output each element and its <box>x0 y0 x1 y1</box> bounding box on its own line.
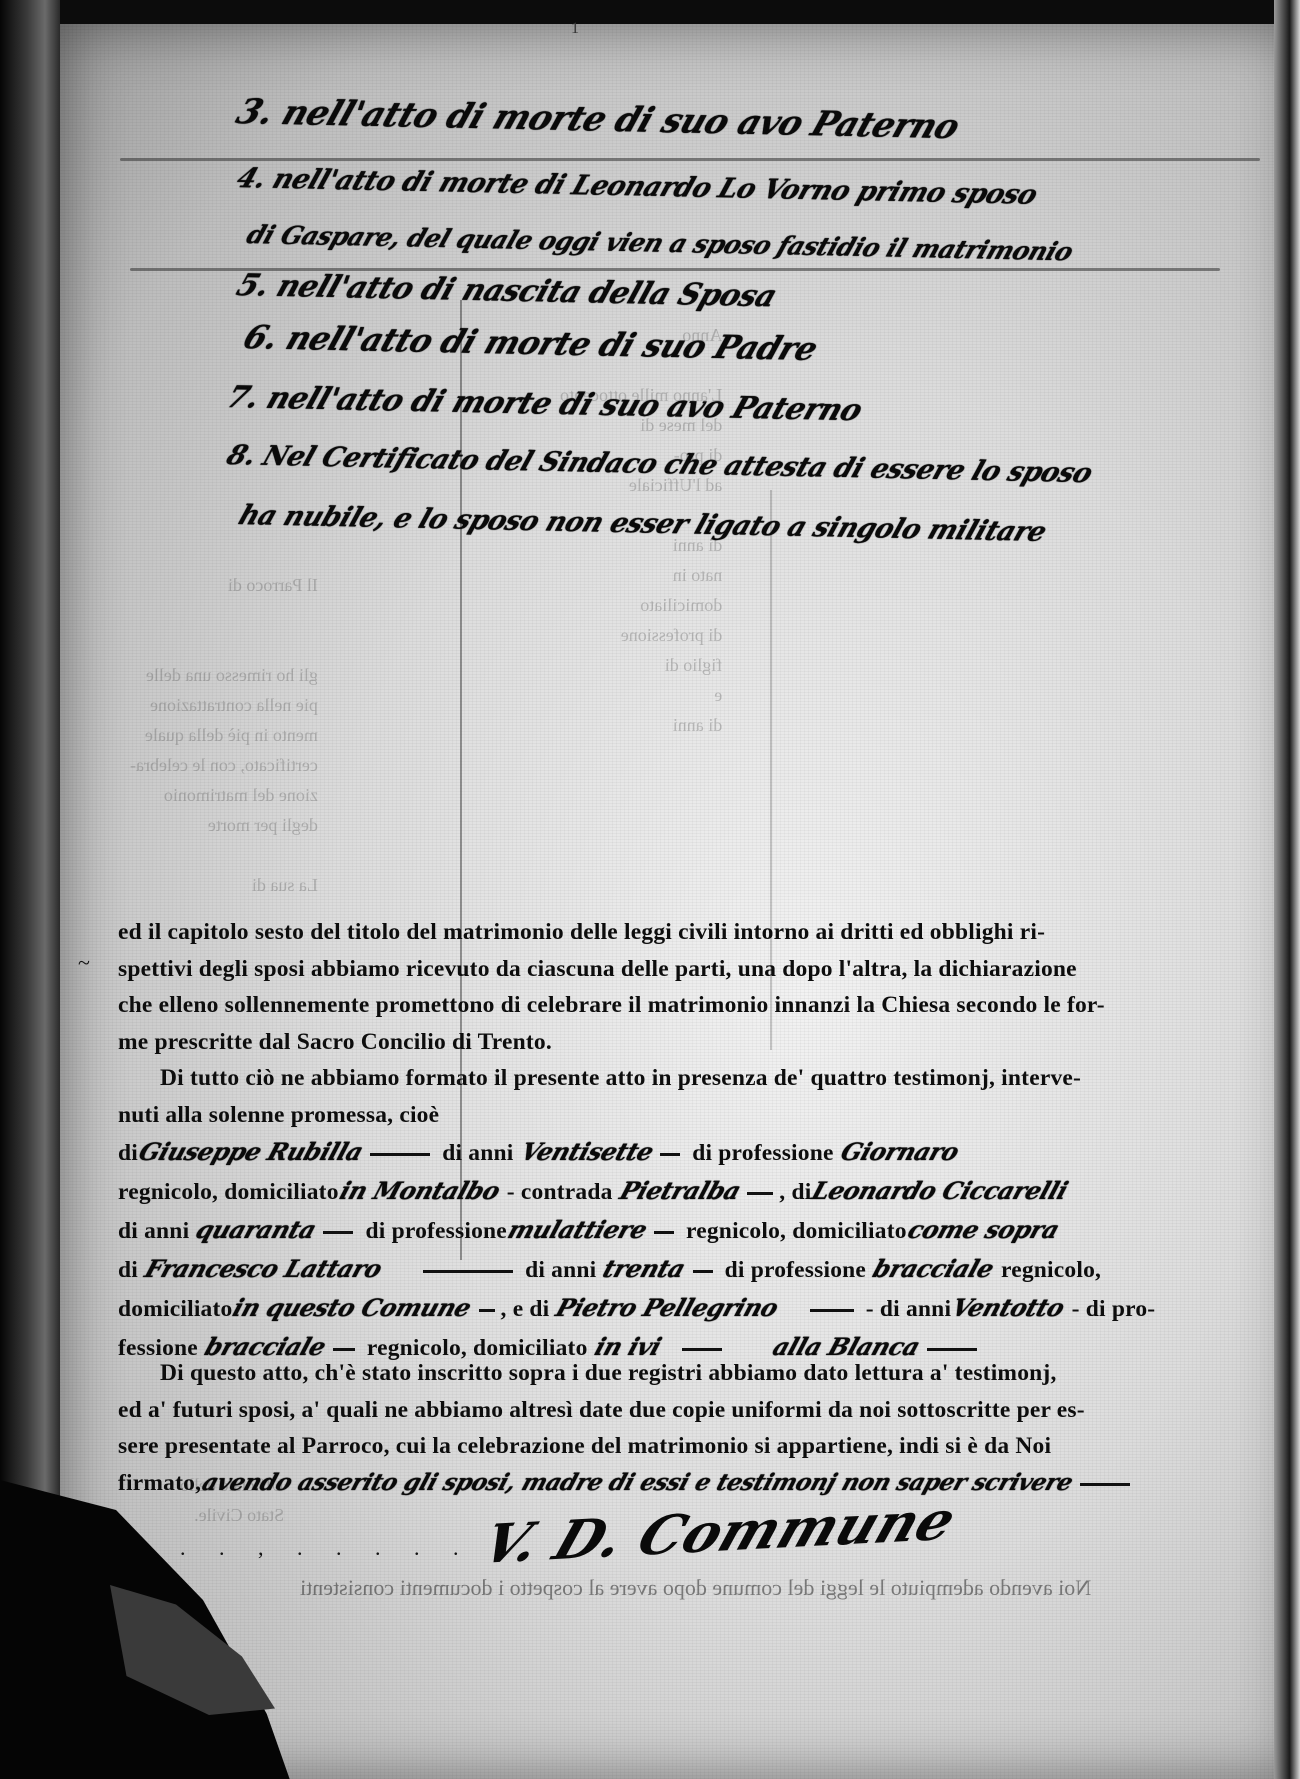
bleed-text: e <box>714 685 722 705</box>
printed-line: sere presentate al Parroco, cui la celeb… <box>118 1428 1268 1465</box>
fill-dash <box>423 1270 513 1273</box>
printed-paragraph-closing: Di questo atto, ch'è stato inscritto sop… <box>118 1355 1268 1501</box>
label-citizen-domicile: regnicolo, domiciliato <box>118 1179 339 1205</box>
printed-line: che elleno sollennemente promettono di c… <box>118 987 1268 1024</box>
bleed-text: nato in <box>673 565 723 585</box>
label-age: di anni <box>880 1296 951 1322</box>
label-profession: di professione <box>366 1218 507 1244</box>
fill-dash <box>479 1309 495 1312</box>
label-di: di <box>118 1257 138 1283</box>
ruled-line <box>120 158 1260 161</box>
bleed-text: degli per morte <box>208 815 318 835</box>
label-age: di anni <box>118 1218 189 1244</box>
label-domicile: domiciliato <box>118 1296 232 1322</box>
bleed-text: certificato, con le celebra- <box>130 755 318 775</box>
signature-dots: . . , . . . . . <box>180 1535 473 1561</box>
label-age: di anni <box>525 1257 596 1283</box>
witness-block: diGiuseppe Rubilla di anni Ventisette di… <box>118 1133 1268 1367</box>
fill-dash <box>333 1348 355 1351</box>
witness-1-name: Giuseppe Rubilla <box>134 1133 368 1170</box>
witness-line-1: diGiuseppe Rubilla di anni Ventisette di… <box>118 1133 1268 1172</box>
witness-3-profession: bracciale <box>868 1250 999 1287</box>
bleed-text: Il Parroco di <box>228 575 318 595</box>
bleed-text: mento in piè della quale <box>145 725 318 745</box>
label-di: di <box>118 1140 138 1166</box>
printed-line: spettivi degli sposi abbiamo ricevuto da… <box>118 951 1268 988</box>
witness-3-name: Francesco Lattaro <box>140 1250 387 1287</box>
witness-3-domicile: in questo Comune <box>228 1289 476 1326</box>
printed-line: me prescritte dal Sacro Concilio di Tren… <box>118 1024 1268 1061</box>
page-right-edge <box>1274 0 1300 1779</box>
printed-firmato: firmato, <box>118 1470 201 1496</box>
printed-line-final: firmato,avendo asserito gli sposi, madre… <box>118 1465 1268 1502</box>
witness-3-age: trenta <box>598 1250 690 1287</box>
bleed-through-bottom-line: Noi avendo adempiuto le leggi del comune… <box>300 1575 1091 1601</box>
bleed-text: di professione <box>621 625 722 645</box>
witness-line-3: di anni quaranta di professionemulattier… <box>118 1211 1268 1250</box>
witness-2-profession: mulattiere <box>503 1211 652 1248</box>
witness-2-age: quaranta <box>191 1211 321 1248</box>
witness-line-4: di Francesco Lattaro di anni trenta di p… <box>118 1250 1268 1289</box>
printed-line: Di questo atto, ch'è stato inscritto sop… <box>118 1355 1268 1392</box>
bleed-text: zione del matrimonio <box>164 785 318 805</box>
fill-dash <box>1080 1483 1130 1486</box>
fill-dash <box>323 1231 353 1234</box>
witness-1-age: Ventisette <box>516 1133 659 1170</box>
margin-mark: ~ <box>78 950 90 976</box>
witness-1-profession: Giornaro <box>836 1133 964 1170</box>
fill-dash <box>682 1348 722 1351</box>
label-citizen-domicile: regnicolo, domiciliato <box>686 1218 907 1244</box>
bleed-text: domiciliato <box>640 595 722 615</box>
label-citizen: regnicolo, <box>1001 1257 1101 1283</box>
witness-line-2: regnicolo, domiciliatoin Montalbo - cont… <box>118 1172 1268 1211</box>
fill-dash <box>747 1192 773 1195</box>
printed-line: nuti alla solenne promessa, cioè <box>118 1097 1268 1134</box>
printed-line: Di tutto ciò ne abbiamo formato il prese… <box>118 1060 1268 1097</box>
witness-4-age: Ventotto <box>947 1289 1069 1326</box>
fill-dash <box>660 1153 680 1156</box>
witness-2-domicile: come sopra <box>903 1211 1064 1248</box>
printed-line: ed a' futuri sposi, a' quali ne abbiamo … <box>118 1392 1268 1429</box>
label-di: e di <box>513 1296 550 1322</box>
witness-1-domicile: in Montalbo <box>335 1172 505 1209</box>
bleed-text: di anni <box>673 715 723 735</box>
fill-dash <box>654 1231 674 1234</box>
fill-dash <box>693 1270 713 1273</box>
bleed-text: pie nella contrattazione <box>150 695 318 715</box>
witness-1-street: Pietralba <box>615 1172 746 1209</box>
bleed-through-left-column: Il Parroco di gli ho rimesso una delle p… <box>130 540 318 900</box>
bleed-text: La sua di <box>252 875 318 895</box>
bleed-text: gli ho rimesso una delle <box>146 665 318 685</box>
witness-2-name: Leonardo Ciccarelli <box>807 1172 1073 1209</box>
label-profession-split: di pro- <box>1086 1296 1156 1322</box>
fill-dash <box>370 1153 430 1156</box>
label-profession: di professione <box>692 1140 833 1166</box>
printed-paragraph-legal-reference: ed il capitolo sesto del titolo del matr… <box>118 914 1268 1133</box>
label-street: contrada <box>521 1179 613 1205</box>
fill-dash <box>810 1309 854 1312</box>
witness-line-5: domiciliatoin questo Comune, e di Pietro… <box>118 1289 1268 1328</box>
fill-dash <box>927 1348 977 1351</box>
witness-4-name: Pietro Pellegrino <box>551 1289 783 1326</box>
label-profession: di professione <box>725 1257 866 1283</box>
page-marker: 1 <box>571 20 579 38</box>
printed-line: ed il capitolo sesto del titolo del matr… <box>118 914 1268 951</box>
bleed-text: Stato Civile. <box>194 1505 284 1525</box>
label-age: di anni <box>442 1140 513 1166</box>
bleed-text: figlio di <box>665 655 723 675</box>
